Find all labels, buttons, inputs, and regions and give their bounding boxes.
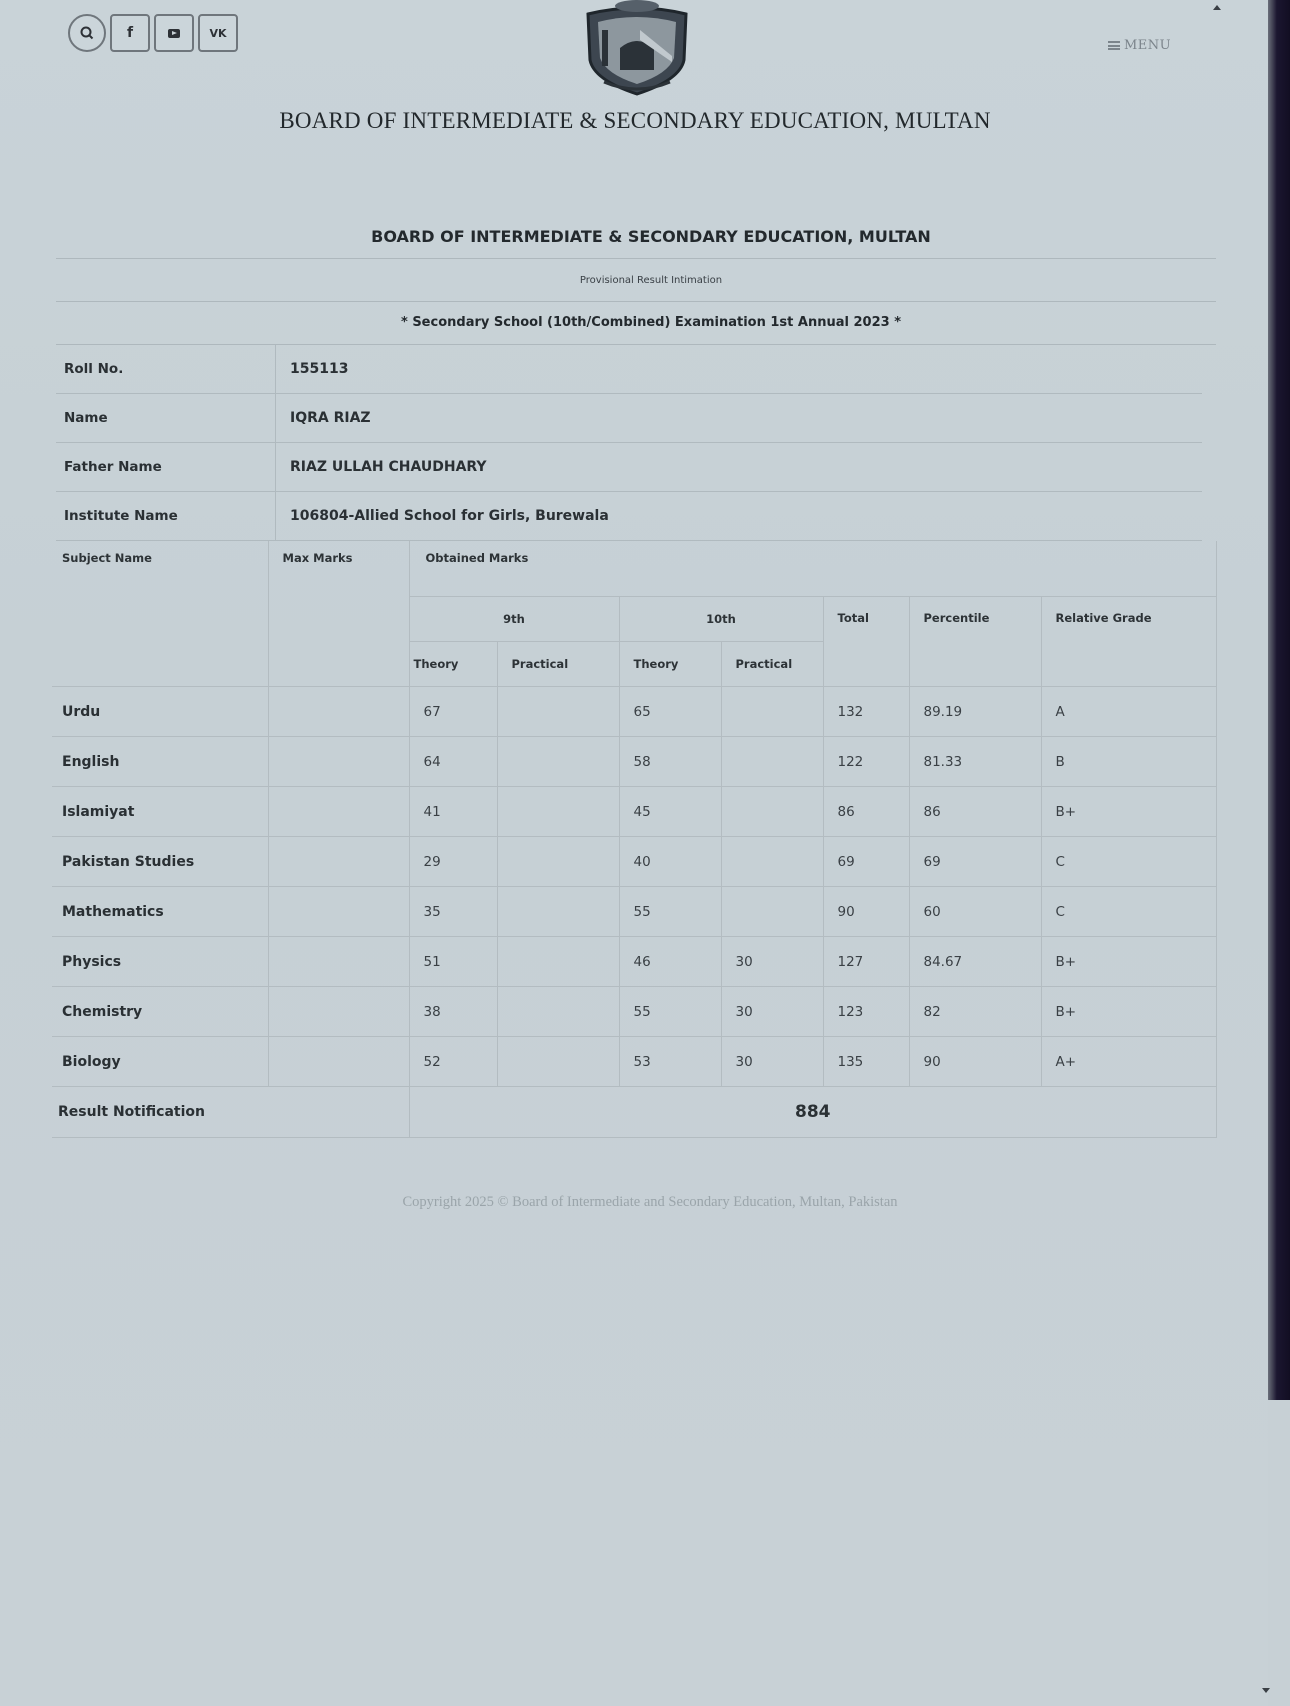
col-9th: 9th: [409, 597, 619, 642]
roll-no-value: 155113: [276, 345, 1203, 394]
youtube-button[interactable]: [154, 14, 194, 52]
grade-cell: C: [1041, 837, 1217, 887]
marks-table: Subject Name Max Marks Obtained Marks 9t…: [52, 541, 1217, 1138]
grade-cell: A: [1041, 687, 1217, 737]
total-cell: 132: [823, 687, 909, 737]
9th-practical-cell: [497, 737, 619, 787]
father-name-value: RIAZ ULLAH CHAUDHARY: [276, 443, 1203, 492]
subject-name: Pakistan Studies: [52, 837, 268, 887]
col-relative-grade: Relative Grade: [1041, 597, 1217, 687]
menu-label: MENU: [1124, 38, 1171, 53]
10th-practical-cell: [721, 737, 823, 787]
9th-practical-cell: [497, 1037, 619, 1087]
9th-theory-cell: 64: [409, 737, 497, 787]
9th-theory-cell: 35: [409, 887, 497, 937]
table-row: Biology52533013590A+: [52, 1037, 1217, 1087]
col-10th-theory: Theory: [619, 642, 721, 687]
institute-label: Institute Name: [56, 492, 276, 541]
roll-no-label: Roll No.: [56, 345, 276, 394]
menu-button[interactable]: MENU: [1108, 38, 1171, 53]
percentile-cell: 82: [909, 987, 1041, 1037]
subject-name: Mathematics: [52, 887, 268, 937]
result-card: BOARD OF INTERMEDIATE & SECONDARY EDUCAT…: [56, 216, 1216, 1138]
9th-practical-cell: [497, 787, 619, 837]
9th-practical-cell: [497, 837, 619, 887]
10th-practical-cell: 30: [721, 987, 823, 1037]
info-row-institute: Institute Name 106804-Allied School for …: [56, 492, 1202, 541]
father-name-label: Father Name: [56, 443, 276, 492]
10th-theory-cell: 55: [619, 987, 721, 1037]
col-10th-practical: Practical: [721, 642, 823, 687]
grade-cell: B+: [1041, 937, 1217, 987]
subject-rows: Urdu676513289.19AEnglish645812281.33BIsl…: [52, 687, 1217, 1087]
subject-name: English: [52, 737, 268, 787]
table-row: Chemistry38553012382B+: [52, 987, 1217, 1037]
9th-theory-cell: 67: [409, 687, 497, 737]
subject-name: Biology: [52, 1037, 268, 1087]
facebook-icon: f: [127, 25, 133, 41]
col-max-marks: Max Marks: [268, 541, 409, 597]
header-row-top: Subject Name Max Marks Obtained Marks: [52, 541, 1217, 597]
vk-icon: VK: [209, 27, 226, 40]
col-subject-name: Subject Name: [52, 541, 268, 597]
scroll-up-arrow-icon[interactable]: [1213, 5, 1221, 10]
subject-name: Islamiyat: [52, 787, 268, 837]
table-row: Pakistan Studies29406969C: [52, 837, 1217, 887]
10th-theory-cell: 65: [619, 687, 721, 737]
grade-cell: B+: [1041, 987, 1217, 1037]
col-9th-practical: Practical: [497, 642, 619, 687]
institute-value: 106804-Allied School for Girls, Burewala: [276, 492, 1203, 541]
total-cell: 123: [823, 987, 909, 1037]
10th-theory-cell: 45: [619, 787, 721, 837]
hamburger-icon: [1108, 41, 1120, 50]
total-cell: 69: [823, 837, 909, 887]
9th-theory-cell: 38: [409, 987, 497, 1037]
info-row-father-name: Father Name RIAZ ULLAH CHAUDHARY: [56, 443, 1202, 492]
10th-theory-cell: 55: [619, 887, 721, 937]
exam-title: * Secondary School (10th/Combined) Exami…: [56, 302, 1216, 345]
10th-theory-cell: 40: [619, 837, 721, 887]
10th-theory-cell: 53: [619, 1037, 721, 1087]
total-cell: 86: [823, 787, 909, 837]
facebook-button[interactable]: f: [110, 14, 150, 52]
header-spacer: [268, 597, 409, 642]
max-marks-cell: [268, 1037, 409, 1087]
grade-cell: C: [1041, 887, 1217, 937]
total-cell: 127: [823, 937, 909, 987]
vk-button[interactable]: VK: [198, 14, 238, 52]
header-row-mid: 9th 10th Total Percentile Relative Grade: [52, 597, 1217, 642]
percentile-cell: 84.67: [909, 937, 1041, 987]
site-title: BOARD OF INTERMEDIATE & SECONDARY EDUCAT…: [265, 108, 1005, 134]
10th-practical-cell: [721, 887, 823, 937]
max-marks-cell: [268, 987, 409, 1037]
result-subtitle: Provisional Result Intimation: [56, 259, 1216, 302]
9th-theory-cell: 29: [409, 837, 497, 887]
social-toolbar: f VK: [68, 14, 238, 52]
col-obtained-marks: Obtained Marks: [409, 541, 1217, 597]
percentile-cell: 89.19: [909, 687, 1041, 737]
percentile-cell: 86: [909, 787, 1041, 837]
10th-practical-cell: [721, 837, 823, 887]
header-spacer: [268, 642, 409, 687]
table-row: Mathematics35559060C: [52, 887, 1217, 937]
total-cell: 135: [823, 1037, 909, 1087]
result-notification-label: Result Notification: [52, 1087, 409, 1138]
col-percentile: Percentile: [909, 597, 1041, 687]
9th-theory-cell: 52: [409, 1037, 497, 1087]
col-total: Total: [823, 597, 909, 687]
10th-practical-cell: 30: [721, 937, 823, 987]
board-logo-icon[interactable]: [580, 0, 694, 96]
9th-theory-cell: 41: [409, 787, 497, 837]
header-spacer: [52, 597, 268, 642]
max-marks-cell: [268, 837, 409, 887]
name-value: IQRA RIAZ: [276, 394, 1203, 443]
subject-name: Chemistry: [52, 987, 268, 1037]
youtube-icon: [168, 29, 180, 38]
9th-practical-cell: [497, 987, 619, 1037]
percentile-cell: 81.33: [909, 737, 1041, 787]
9th-practical-cell: [497, 687, 619, 737]
subject-name: Urdu: [52, 687, 268, 737]
percentile-cell: 69: [909, 837, 1041, 887]
table-row: English645812281.33B: [52, 737, 1217, 787]
max-marks-cell: [268, 687, 409, 737]
header-spacer: [52, 642, 268, 687]
10th-practical-cell: [721, 787, 823, 837]
percentile-cell: 90: [909, 1037, 1041, 1087]
grade-cell: A+: [1041, 1037, 1217, 1087]
total-cell: 90: [823, 887, 909, 937]
subject-name: Physics: [52, 937, 268, 987]
grade-cell: B+: [1041, 787, 1217, 837]
10th-theory-cell: 46: [619, 937, 721, 987]
max-marks-cell: [268, 737, 409, 787]
max-marks-cell: [268, 887, 409, 937]
footer-copyright: Copyright 2025 © Board of Intermediate a…: [300, 1194, 1000, 1211]
max-marks-cell: [268, 787, 409, 837]
name-label: Name: [56, 394, 276, 443]
page-background: [1268, 1400, 1290, 1706]
search-button[interactable]: [68, 14, 106, 52]
9th-theory-cell: 51: [409, 937, 497, 987]
result-notification-row: Result Notification 884: [52, 1087, 1217, 1138]
info-row-name: Name IQRA RIAZ: [56, 394, 1202, 443]
total-cell: 122: [823, 737, 909, 787]
grade-cell: B: [1041, 737, 1217, 787]
board-title: BOARD OF INTERMEDIATE & SECONDARY EDUCAT…: [56, 216, 1216, 259]
table-row: Physics51463012784.67B+: [52, 937, 1217, 987]
table-row: Islamiyat41458686B+: [52, 787, 1217, 837]
10th-practical-cell: 30: [721, 1037, 823, 1087]
col-10th: 10th: [619, 597, 823, 642]
10th-practical-cell: [721, 687, 823, 737]
grand-total: 884: [409, 1087, 1217, 1138]
scroll-down-arrow-icon[interactable]: [1262, 1688, 1270, 1693]
max-marks-cell: [268, 937, 409, 987]
10th-theory-cell: 58: [619, 737, 721, 787]
percentile-cell: 60: [909, 887, 1041, 937]
9th-practical-cell: [497, 887, 619, 937]
search-icon: [79, 25, 95, 41]
col-9th-theory: Theory: [409, 642, 497, 687]
table-row: Urdu676513289.19A: [52, 687, 1217, 737]
info-row-roll-no: Roll No. 155113: [56, 345, 1202, 394]
student-info-table: Roll No. 155113 Name IQRA RIAZ Father Na…: [56, 345, 1202, 541]
9th-practical-cell: [497, 937, 619, 987]
